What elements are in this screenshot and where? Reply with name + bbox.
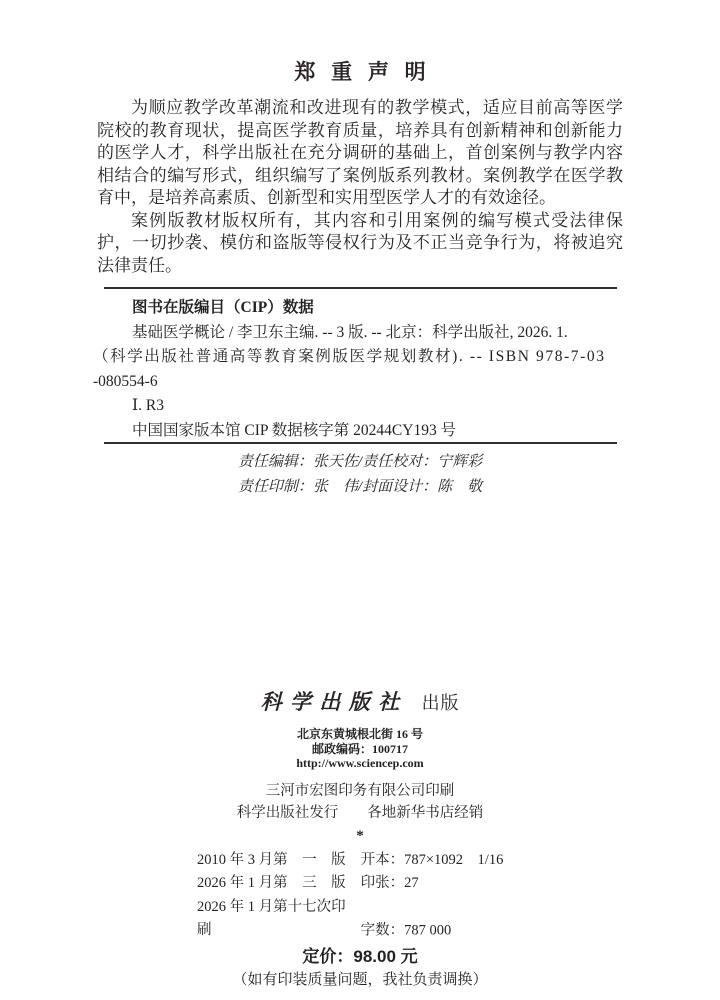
cip-book-line-2: （科学出版社普通高等教育案例版医学规划教材). -- ISBN 978-7-03 bbox=[93, 345, 623, 370]
edition-spec: 印张：27 bbox=[361, 875, 419, 891]
publisher-website: http://www.sciencep.com bbox=[0, 756, 720, 771]
declaration-section: 郑重声明 为顺应教学改革潮流和改进现有的教学模式，适应目前高等医学院校的教育现状… bbox=[0, 56, 720, 277]
imprint-section: 科学出版社 出版 北京东黄城根北街 16 号 邮政编码：100717 http:… bbox=[0, 690, 720, 991]
publisher-logo: 科学出版社 bbox=[261, 690, 408, 714]
edition-row-current: 2026 年 1 月第 三 版 印张：27 bbox=[197, 872, 720, 896]
publisher-street-address: 北京东黄城根北街 16 号 bbox=[0, 727, 720, 742]
publish-label: 出版 bbox=[422, 693, 460, 713]
publisher-postcode: 邮政编码：100717 bbox=[0, 742, 720, 757]
edition-spec: 字数：787 000 bbox=[361, 922, 452, 938]
edition-row-first: 2010 年 3 月第 一 版 开本：787×1092 1/16 bbox=[197, 849, 720, 873]
cip-classification: Ⅰ. R3 bbox=[93, 394, 623, 419]
edition-date: 2026 年 1 月第 三 版 bbox=[197, 872, 357, 896]
publisher-address-block: 北京东黄城根北街 16 号 邮政编码：100717 http://www.sci… bbox=[0, 727, 720, 771]
cip-heading: 图书在版编目（CIP）数据 bbox=[93, 296, 623, 321]
printer-line: 三河市宏图印务有限公司印刷 bbox=[0, 780, 720, 802]
cip-book-line-1: 基础医学概论 / 李卫东主编. -- 3 版. -- 北京：科学出版社, 202… bbox=[93, 321, 623, 346]
asterisk-separator: * bbox=[0, 827, 720, 845]
top-divider-rule bbox=[104, 287, 617, 289]
edition-date: 2010 年 3 月第 一 版 bbox=[197, 849, 357, 873]
staff-editors-line: 责任编辑：张天佐/责任校对：宁辉彩 bbox=[0, 450, 720, 475]
edition-row-printing: 2026 年 1 月第十七次印刷 字数：787 000 bbox=[197, 896, 720, 943]
declaration-body: 为顺应教学改革潮流和改进现有的教学模式，适应目前高等医学院校的教育现状，提高医学… bbox=[97, 97, 623, 277]
cip-section: 图书在版编目（CIP）数据 基础医学概论 / 李卫东主编. -- 3 版. --… bbox=[93, 296, 623, 443]
cip-registry-number: 中国国家版本馆 CIP 数据核字第 20244CY193 号 bbox=[93, 419, 623, 444]
price: 定价：98.00 元 bbox=[0, 945, 720, 968]
edition-date: 2026 年 1 月第十七次印刷 bbox=[197, 896, 357, 943]
staff-section: 责任编辑：张天佐/责任校对：宁辉彩 责任印制：张 伟/封面设计：陈 敬 bbox=[0, 450, 720, 500]
declaration-paragraph-2: 案例版教材版权所有，其内容和引用案例的编写模式受法律保护，一切抄袭、模仿和盗版等… bbox=[97, 210, 623, 278]
declaration-paragraph-1: 为顺应教学改革潮流和改进现有的教学模式，适应目前高等医学院校的教育现状，提高医学… bbox=[97, 97, 623, 210]
edition-history: 2010 年 3 月第 一 版 开本：787×1092 1/16 2026 年 … bbox=[197, 849, 720, 943]
publisher-line: 科学出版社 出版 bbox=[0, 690, 720, 717]
staff-print-design-line: 责任印制：张 伟/封面设计：陈 敬 bbox=[0, 475, 720, 500]
distribution-line: 科学出版社发行 各地新华书店经销 bbox=[0, 802, 720, 824]
declaration-heading: 郑重声明 bbox=[0, 56, 720, 86]
copyright-page: 郑重声明 为顺应教学改革潮流和改进现有的教学模式，适应目前高等医学院校的教育现状… bbox=[0, 0, 720, 1000]
cip-isbn-continuation: -080554-6 bbox=[93, 370, 623, 395]
exchange-note: （如有印装质量问题，我社负责调换） bbox=[0, 969, 720, 991]
edition-spec: 开本：787×1092 1/16 bbox=[361, 852, 504, 868]
